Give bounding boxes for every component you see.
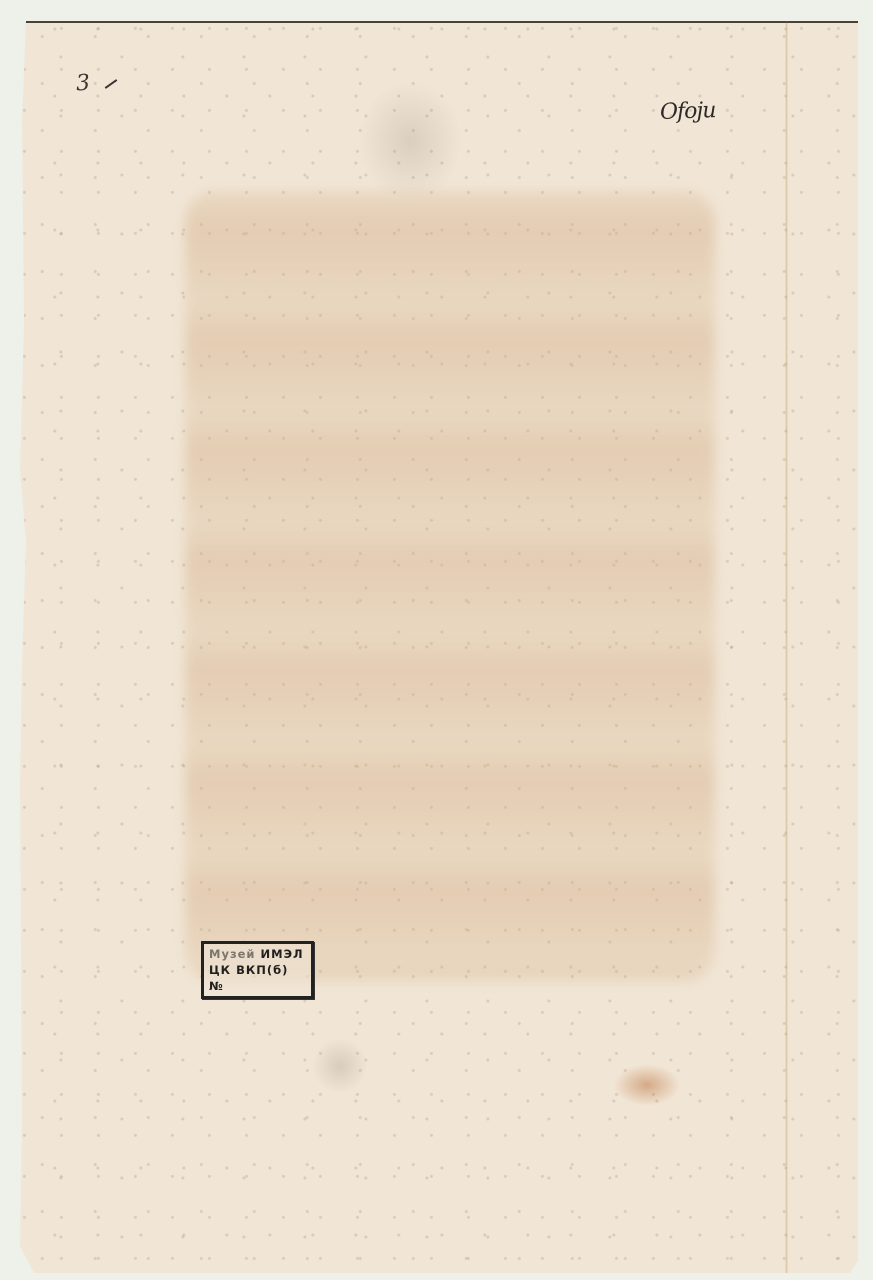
document-scan: 3 Ofoju Музей ИМЭЛ ЦК ВКП(б) № <box>0 0 873 1280</box>
stamp-line-1: Музей ИМЭЛ <box>209 946 306 962</box>
handwritten-signature: Ofoju <box>660 98 716 125</box>
pencil-page-number: 3 <box>75 71 91 97</box>
fold-line <box>785 21 788 1273</box>
stamp-museum-text: Музей <box>209 947 255 961</box>
library-stamp: Музей ИМЭЛ ЦК ВКП(б) № <box>201 941 314 999</box>
paper-sheet: 3 Ofoju Музей ИМЭЛ ЦК ВКП(б) № <box>20 21 858 1273</box>
sheet-top-edge <box>26 21 858 23</box>
stamp-line-2: ЦК ВКП(б) <box>209 962 306 978</box>
stamp-line-3: № <box>209 978 306 994</box>
text-offset-stain <box>185 191 715 981</box>
stamp-imel-text: ИМЭЛ <box>261 947 304 961</box>
